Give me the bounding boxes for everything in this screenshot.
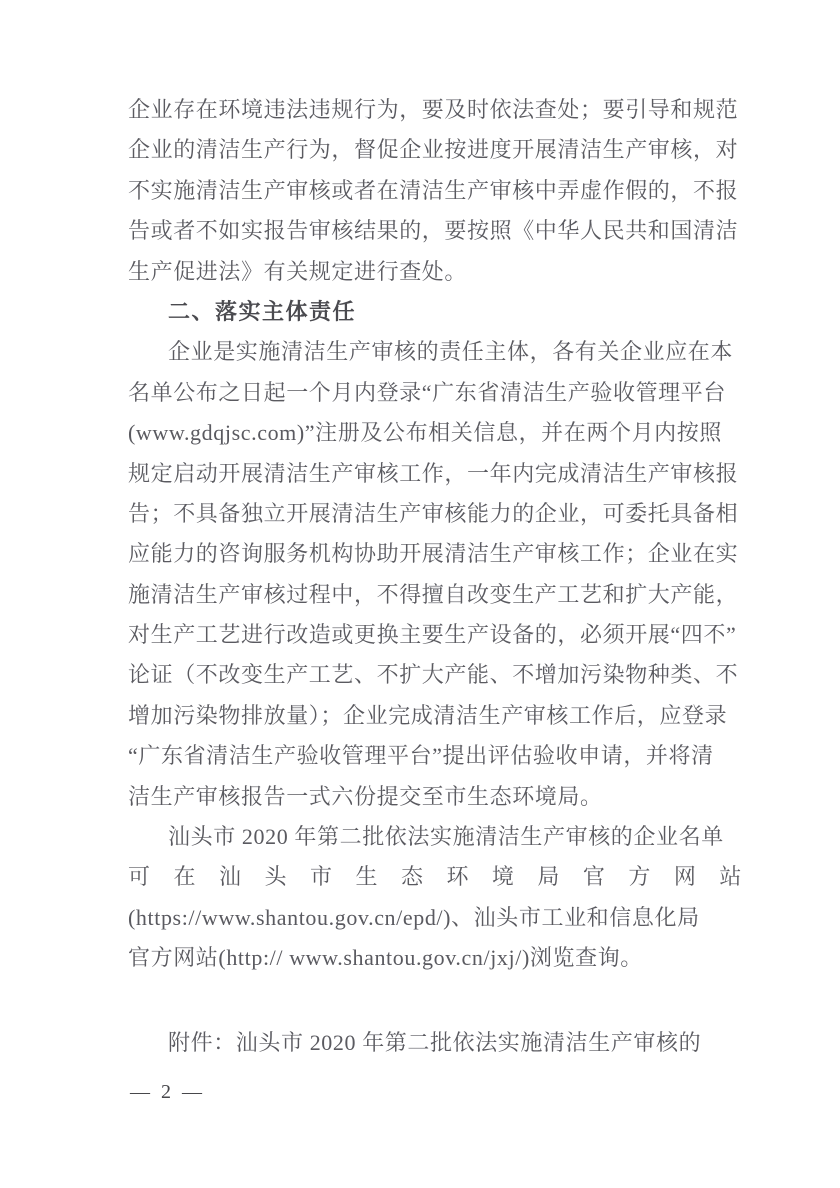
body-line: 名单公布之日起一个月内登录“广东省清洁生产验收管理平台 bbox=[128, 373, 742, 413]
body-line-justified: 可在汕头市生态环境局官方网站 bbox=[128, 857, 742, 897]
body-line: (www.gdqjsc.com)”注册及公布相关信息，并在两个月内按照 bbox=[128, 413, 742, 453]
body-line: 对生产工艺进行改造或更换主要生产设备的，必须开展“四不” bbox=[128, 615, 742, 655]
body-line: 告；不具备独立开展清洁生产审核能力的企业，可委托具备相 bbox=[128, 494, 742, 534]
page-number: — 2 — bbox=[130, 1080, 205, 1104]
document-body: 企业存在环境违法违规行为，要及时依法查处；要引导和规范 企业的清洁生产行为，督促… bbox=[128, 90, 742, 1063]
body-line: 应能力的咨询服务机构协助开展清洁生产审核工作；企业在实 bbox=[128, 534, 742, 574]
body-line: 告或者不如实报告审核结果的，要按照《中华人民共和国清洁 bbox=[128, 211, 742, 251]
body-line: 企业的清洁生产行为，督促企业按进度开展清洁生产审核，对 bbox=[128, 130, 742, 170]
body-line: 论证（不改变生产工艺、不扩大产能、不增加污染物种类、不 bbox=[128, 655, 742, 695]
body-line: 企业是实施清洁生产审核的责任主体，各有关企业应在本 bbox=[128, 332, 742, 372]
body-line: 增加污染物排放量）；企业完成清洁生产审核工作后，应登录 bbox=[128, 696, 742, 736]
body-line: 规定启动开展清洁生产审核工作，一年内完成清洁生产审核报 bbox=[128, 454, 742, 494]
body-line: 官方网站(http:// www.shantou.gov.cn/jxj/)浏览查… bbox=[128, 938, 742, 978]
body-line: 洁生产审核报告一式六份提交至市生态环境局。 bbox=[128, 777, 742, 817]
body-line: 施清洁生产审核过程中，不得擅自改变生产工艺和扩大产能， bbox=[128, 575, 742, 615]
attachment-reference-line: 附件：汕头市 2020 年第二批依法实施清洁生产审核的 bbox=[128, 1023, 742, 1063]
section-heading-2: 二、落实主体责任 bbox=[128, 292, 742, 332]
body-line: (https://www.shantou.gov.cn/epd/)、汕头市工业和… bbox=[128, 898, 742, 938]
body-line: “广东省清洁生产验收管理平台”提出评估验收申请，并将清 bbox=[128, 736, 742, 776]
body-line: 企业存在环境违法违规行为，要及时依法查处；要引导和规范 bbox=[128, 90, 742, 130]
body-line: 不实施清洁生产审核或者在清洁生产审核中弄虚作假的，不报 bbox=[128, 171, 742, 211]
body-line: 汕头市 2020 年第二批依法实施清洁生产审核的企业名单 bbox=[128, 817, 742, 857]
body-line: 生产促进法》有关规定进行查处。 bbox=[128, 252, 742, 292]
document-page: 企业存在环境违法违规行为，要及时依法查处；要引导和规范 企业的清洁生产行为，督促… bbox=[0, 0, 840, 1188]
